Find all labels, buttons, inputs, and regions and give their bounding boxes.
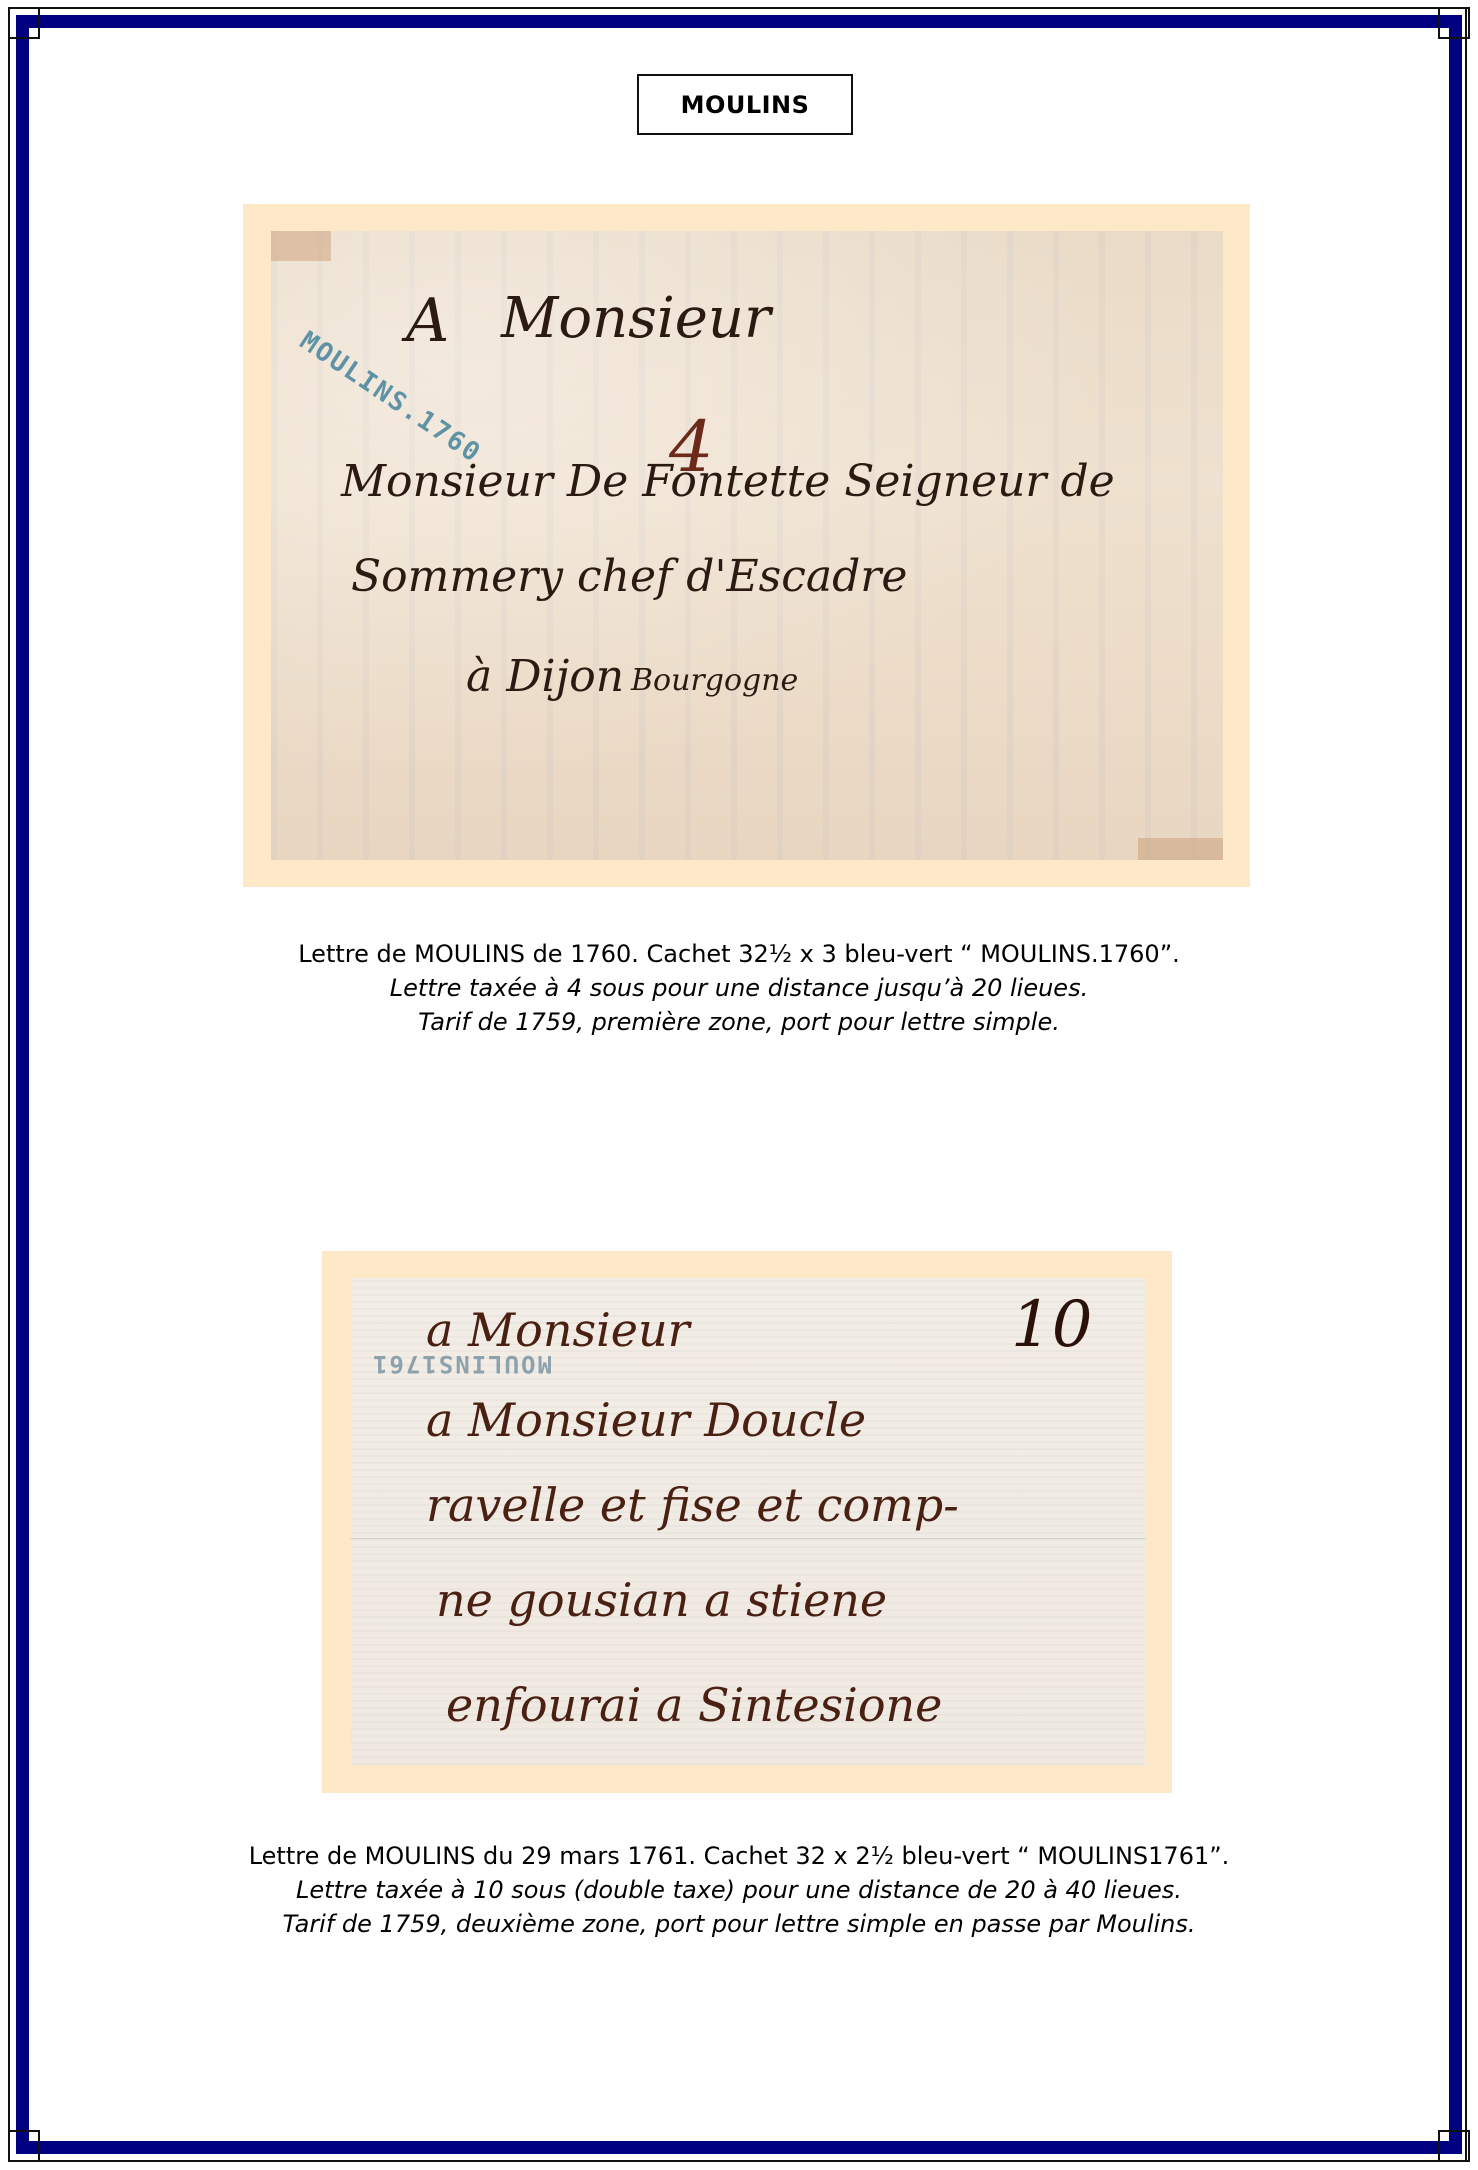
handwriting-line: Sommery chef d'Escadre [351, 551, 907, 602]
page-title-box: MOULINS [637, 74, 853, 135]
handwriting-line: a Monsieur Doucle [426, 1393, 866, 1447]
letter-image-2-mat: MOULINS1761 a Monsieur a Monsieur Doucle… [322, 1251, 1172, 1793]
corner-ornament-top-right [1438, 7, 1470, 39]
caption-line-tariff: Tarif de 1759, première zone, port pour … [0, 1005, 1478, 1039]
handwriting-line: a Monsieur [426, 1303, 690, 1357]
caption-line-tax: Lettre taxée à 10 sous (double taxe) pou… [0, 1873, 1478, 1907]
corner-ornament-bottom-right [1438, 2130, 1470, 2162]
caption-line-tax: Lettre taxée à 4 sous pour une distance … [0, 971, 1478, 1005]
letter-image-2: MOULINS1761 a Monsieur a Monsieur Doucle… [351, 1278, 1145, 1765]
page-title: MOULINS [681, 91, 810, 119]
caption-line-description: Lettre de MOULINS de 1760. Cachet 32½ x … [0, 937, 1478, 971]
handwriting-line: Monsieur De Fontette Seigneur de [341, 456, 1115, 507]
tax-mark: 10 [1011, 1288, 1092, 1362]
handwriting-line: ne gousian a stiene [436, 1573, 887, 1627]
letter-image-1-mat: MOULINS.1760 A Monsieur Monsieur De Font… [243, 204, 1250, 887]
handwriting-line: Monsieur [501, 286, 771, 351]
handwriting-line: ravelle et fise et comp- [426, 1478, 959, 1532]
tax-mark: 4 [669, 406, 714, 488]
caption-letter-1: Lettre de MOULINS de 1760. Cachet 32½ x … [0, 937, 1478, 1039]
handwriting-line: à Dijon [466, 651, 624, 702]
letter-image-1: MOULINS.1760 A Monsieur Monsieur De Font… [271, 231, 1223, 860]
corner-ornament-bottom-left [8, 2130, 40, 2162]
postmark-stamp: MOULINS.1760 [294, 326, 486, 469]
handwriting-line: Bourgogne [631, 663, 798, 698]
handwriting-line: enfourai a Sintesione [446, 1678, 942, 1732]
handwriting-line: A [406, 286, 449, 356]
caption-letter-2: Lettre de MOULINS du 29 mars 1761. Cache… [0, 1839, 1478, 1941]
caption-line-tariff: Tarif de 1759, deuxième zone, port pour … [0, 1907, 1478, 1941]
corner-ornament-top-left [8, 7, 40, 39]
caption-line-description: Lettre de MOULINS du 29 mars 1761. Cache… [0, 1839, 1478, 1873]
